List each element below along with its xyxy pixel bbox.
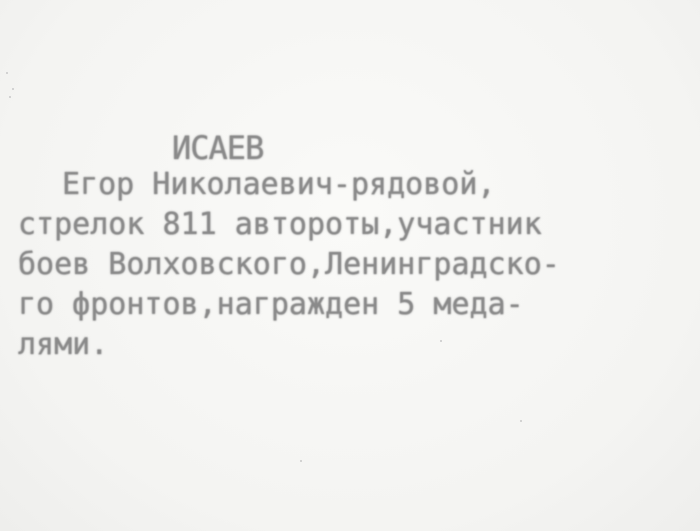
text-line-2: стрелок 811 автороты,участник bbox=[18, 210, 542, 240]
paper-speck bbox=[6, 72, 8, 74]
paper-speck bbox=[9, 96, 11, 98]
paper-speck bbox=[440, 340, 442, 342]
surname-heading: ИСАЕВ bbox=[172, 132, 263, 164]
text-line-3: боев Волховского,Ленинградско- bbox=[18, 250, 560, 280]
text-line-5: лями. bbox=[18, 330, 108, 360]
typewritten-document-page: ИСАЕВ Егор Николаевич-рядовой, стрелок 8… bbox=[0, 0, 700, 531]
text-line-1: Егор Николаевич-рядовой, bbox=[62, 170, 495, 200]
paper-speck bbox=[12, 88, 14, 90]
paper-speck bbox=[520, 420, 522, 422]
paper-speck bbox=[300, 460, 302, 462]
text-line-4: го фронтов,награжден 5 меда- bbox=[18, 290, 524, 320]
